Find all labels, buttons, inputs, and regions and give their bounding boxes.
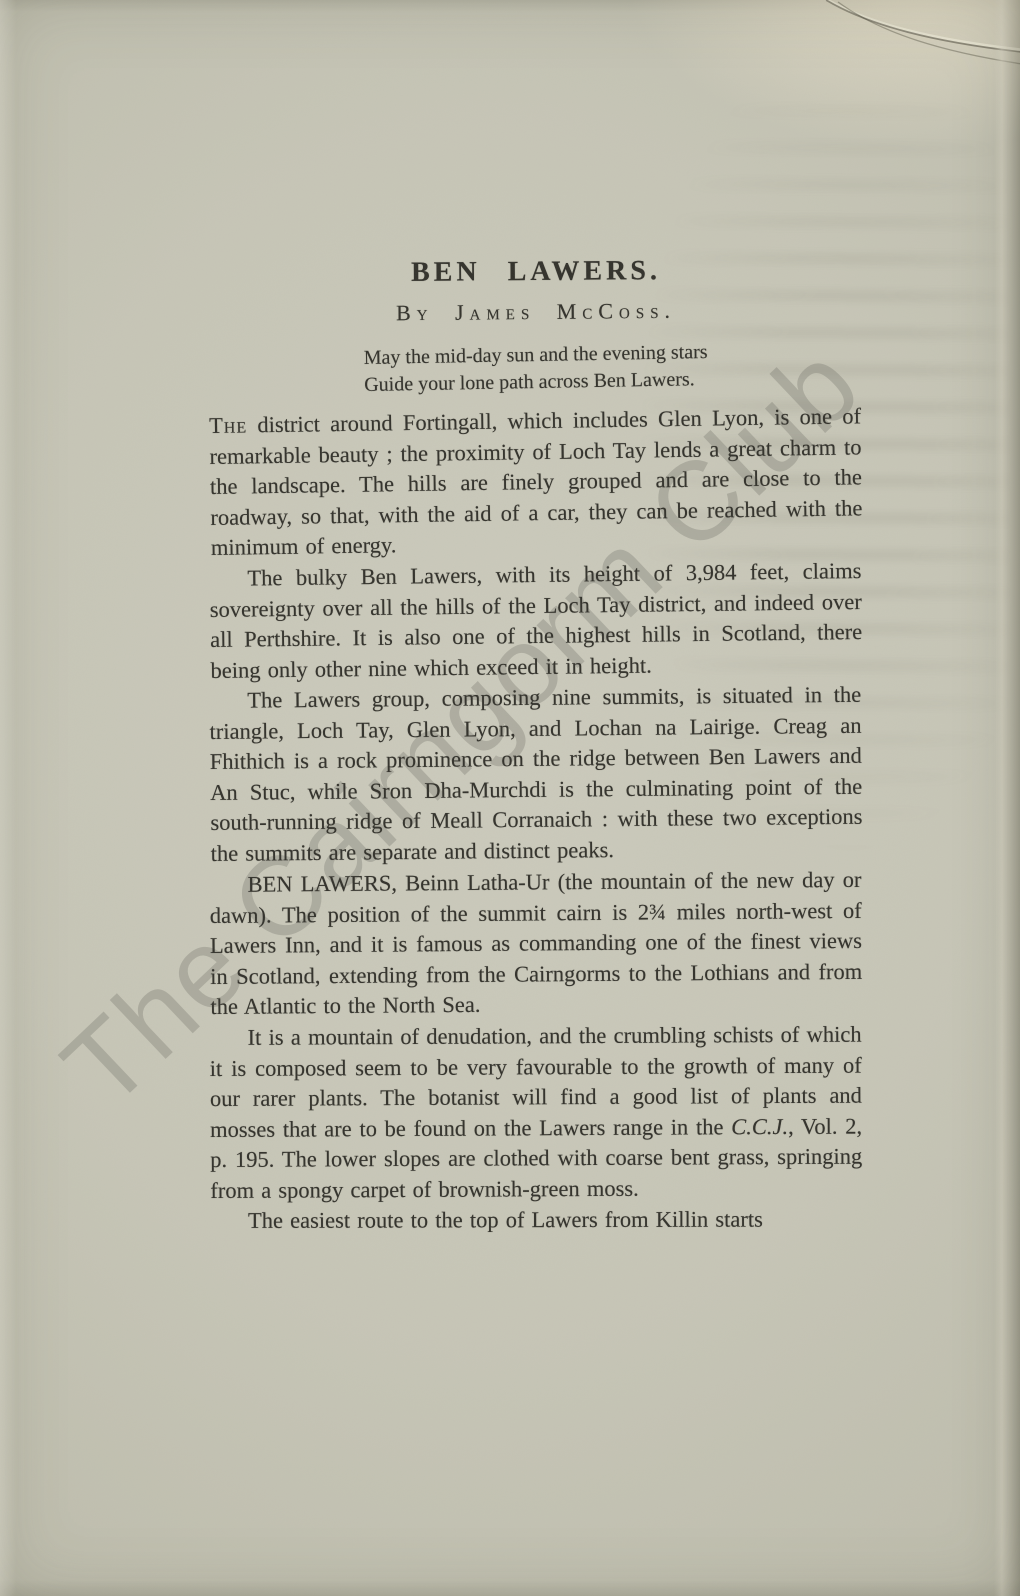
paragraph: The bulky Ben Lawers, with its height of… — [209, 556, 862, 686]
paragraph: The easiest route to the top of Lawers f… — [210, 1205, 862, 1237]
paragraph-text: district around Fortingall, which includ… — [209, 403, 862, 560]
paragraph: The district around Fortingall, which in… — [209, 401, 863, 564]
epigraph-line: Guide your lone path across Ben Lawers. — [364, 366, 708, 399]
paragraph: It is a mountain of denudation, and the … — [210, 1019, 863, 1206]
paragraph: The Lawers group, composing nine summits… — [209, 680, 863, 870]
page-content: BEN LAWERS. By James McCoss. May the mid… — [210, 0, 862, 1237]
epigraph: May the mid-day sun and the evening star… — [364, 339, 709, 399]
scanned-book-page: The Cairngorm Club BEN LAWERS. By James … — [0, 0, 1020, 1596]
journal-abbreviation: C.C.J. — [731, 1114, 788, 1139]
article-byline: By James McCoss. — [210, 296, 862, 328]
article-title: BEN LAWERS. — [210, 254, 862, 291]
lead-word: The — [209, 412, 247, 438]
article-body: The district around Fortingall, which in… — [210, 411, 862, 1237]
paragraph: BEN LAWERS, Beinn Latha-Ur (the mountain… — [209, 865, 862, 1023]
